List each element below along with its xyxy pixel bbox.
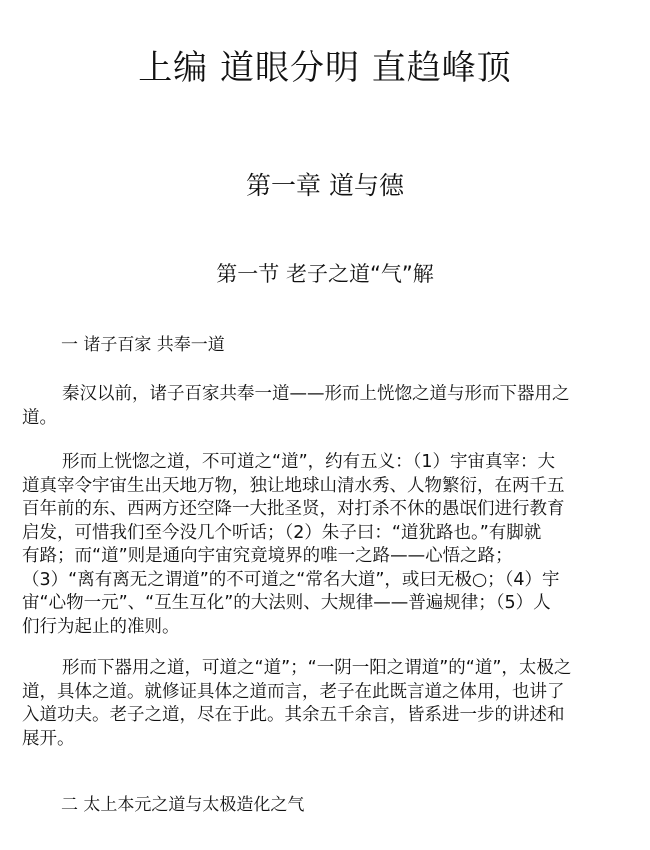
paragraph-line: 百年前的东、西两方还空降一大批圣贤，对打杀不休的愚氓们进行教育 (22, 498, 642, 522)
paragraph-line: 秦汉以前，诸子百家共奉一道——形而上恍惚之道与形而下器用之 (22, 383, 642, 407)
subsection-heading-1: 一 诸子百家 共奉一道 (61, 332, 225, 358)
paragraph-line: 启发，可惜我们至今没几个听话；（2）朱子曰：“道犹路也。”有脚就 (22, 522, 642, 546)
paragraph-line: 宙“心物一元”、“互生互化”的大法则、大规律——普遍规律；（5）人 (22, 592, 642, 616)
subsection-heading-2: 二 太上本元之道与太极造化之气 (61, 792, 304, 818)
paragraph-line: （3）“离有离无之谓道”的不可道之“常名大道”，或曰无极○；（4）宇 (22, 569, 642, 593)
section-title: 第一节 老子之道“气”解 (0, 259, 650, 289)
paragraph-line: 道。 (22, 407, 642, 431)
paragraph-1: 秦汉以前，诸子百家共奉一道——形而上恍惚之道与形而下器用之 道。 (22, 383, 642, 430)
paragraph-3: 形而下器用之道，可道之“道”；“一阴一阳之谓道”的“道”，太极之 道，具体之道。… (22, 657, 642, 751)
paragraph-2: 形而上恍惚之道，不可道之“道”，约有五义：（1）宇宙真宰：大 道真宰令宇宙生出天… (22, 451, 642, 639)
document-page: 上编 道眼分明 直趋峰顶 第一章 道与德 第一节 老子之道“气”解 一 诸子百家… (0, 0, 650, 850)
paragraph-line: 形而上恍惚之道，不可道之“道”，约有五义：（1）宇宙真宰：大 (22, 451, 642, 475)
paragraph-line: 道真宰令宇宙生出天地万物，独让地球山清水秀、人物繁衍，在两千五 (22, 475, 642, 499)
paragraph-line: 展开。 (22, 728, 642, 752)
paragraph-line: 道，具体之道。就修证具体之道而言，老子在此既言道之体用，也讲了 (22, 681, 642, 705)
paragraph-line: 有路；而“道”则是通向宇宙究竟境界的唯一之路——心悟之路； (22, 545, 642, 569)
part-title: 上编 道眼分明 直趋峰顶 (0, 46, 650, 90)
paragraph-line: 形而下器用之道，可道之“道”；“一阴一阳之谓道”的“道”，太极之 (22, 657, 642, 681)
chapter-title: 第一章 道与德 (0, 170, 650, 202)
paragraph-line: 入道功夫。老子之道，尽在于此。其余五千余言，皆系进一步的讲述和 (22, 704, 642, 728)
paragraph-line: 们行为起止的准则。 (22, 616, 642, 640)
